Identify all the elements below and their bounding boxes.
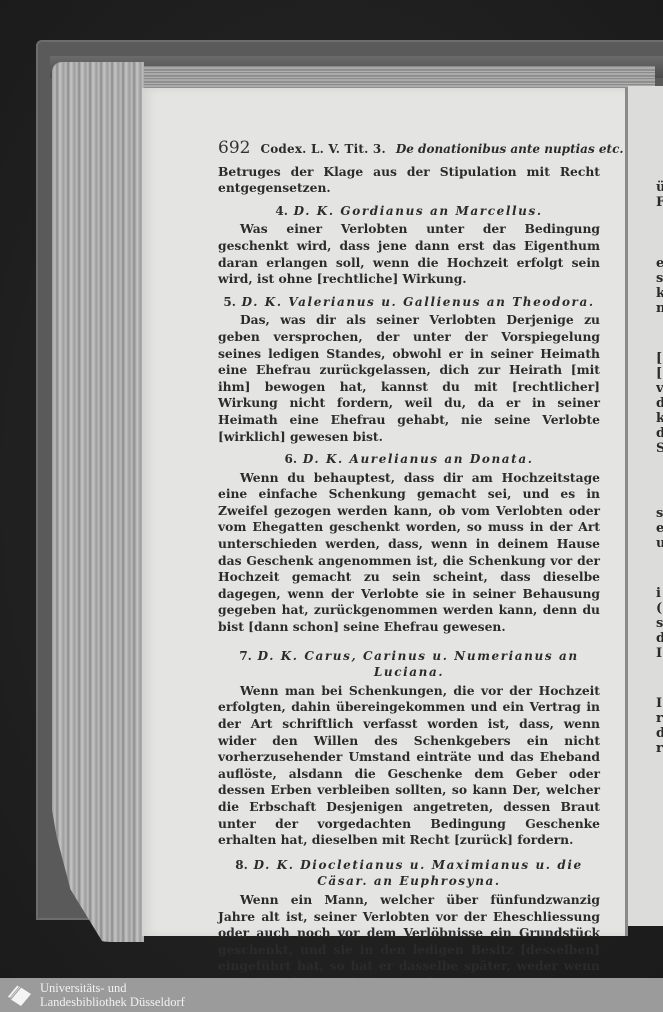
section-title: D. K. Diocletianus u. Maximianus u. die … — [254, 858, 583, 889]
facing-text-fragment: d — [656, 631, 663, 646]
running-head: 692 Codex. L. V. Tit. 3. De donationibus… — [218, 140, 600, 158]
facing-text-fragment: ü — [656, 180, 663, 195]
facing-text-fragment: d — [656, 726, 663, 741]
section-number: 5. — [223, 295, 236, 309]
section-number: 4. — [275, 204, 288, 218]
facing-text-fragment: n — [656, 301, 663, 316]
library-name: Universitäts- und Landesbibliothek Düsse… — [40, 981, 185, 1009]
section-number: 8. — [235, 858, 248, 872]
facing-text-fragment: r — [656, 741, 663, 756]
section-paragraph: Wenn man bei Schenkungen, die vor der Ho… — [218, 683, 600, 849]
section-number: 6. — [285, 452, 298, 466]
page-text-block: 692 Codex. L. V. Tit. 3. De donationibus… — [218, 140, 600, 992]
facing-text-fragment: I — [656, 646, 663, 661]
facing-text-fragment: S — [656, 441, 663, 456]
intro-paragraph: Betruges der Klage aus der Stipulation m… — [218, 164, 600, 197]
section-paragraph: Was einer Verlobten unter der Bedingung … — [218, 221, 600, 287]
section-paragraph: Wenn ein Mann, welcher über fünfundzwanz… — [218, 892, 600, 992]
running-head-title: De donationibus ante nuptias etc. — [396, 141, 624, 158]
section-paragraph: Das, was dir als seiner Verlobten Derjen… — [218, 312, 600, 445]
book-logo-icon — [4, 982, 34, 1008]
facing-text-fragment: F — [656, 195, 663, 210]
facing-text-fragment: s — [656, 506, 663, 521]
section-paragraph: Wenn du behauptest, dass dir am Hochzeit… — [218, 470, 600, 636]
facing-text-fragment: I — [656, 696, 663, 711]
facing-text-fragment: [ — [656, 366, 663, 381]
facing-text-fragment: i — [656, 586, 663, 601]
facing-text-fragment: e — [656, 256, 663, 271]
page-number: 692 — [218, 140, 250, 157]
section-number: 7. — [239, 649, 252, 663]
page-gutter — [625, 88, 628, 936]
codex-reference: Codex. L. V. Tit. 3. — [260, 141, 385, 158]
section-title: D. K. Aurelianus an Donata. — [303, 452, 534, 466]
facing-text-fragment: ( — [656, 601, 663, 616]
section-title: D. K. Gordianus an Marcellus. — [294, 204, 543, 218]
section-title: D. K. Carus, Carinus u. Numerianus an Lu… — [258, 649, 579, 680]
facing-text-fragment: k — [656, 411, 663, 426]
facing-text-fragment: d — [656, 396, 663, 411]
library-name-line-2: Landesbibliothek Düsseldorf — [40, 995, 185, 1009]
facing-text-fragment: e — [656, 521, 663, 536]
section-heading: 7. D. K. Carus, Carinus u. Numerianus an… — [218, 648, 600, 681]
page-edges-left — [52, 62, 144, 942]
section-title: D. K. Valerianus u. Gallienus an Theodor… — [242, 295, 595, 309]
facing-text-fragment: s — [656, 271, 663, 286]
page-edges-top — [55, 66, 655, 90]
section-heading: 5. D. K. Valerianus u. Gallienus an Theo… — [218, 294, 600, 311]
facing-text-fragment: u — [656, 536, 663, 551]
library-name-line-1: Universitäts- und — [40, 981, 185, 995]
section-heading: 6. D. K. Aurelianus an Donata. — [218, 451, 600, 468]
section-heading: 4. D. K. Gordianus an Marcellus. — [218, 203, 600, 220]
facing-text-fragment: [ — [656, 351, 663, 366]
facing-text-fragment: d — [656, 426, 663, 441]
facing-text-fragment: s — [656, 616, 663, 631]
library-footer-bar: Universitäts- und Landesbibliothek Düsse… — [0, 978, 663, 1012]
facing-text-fragment: v — [656, 381, 663, 396]
facing-page: ü F e s k n [ [ v d k d S s e u i ( s d … — [628, 86, 663, 926]
section-heading: 8. D. K. Diocletianus u. Maximianus u. d… — [218, 857, 600, 890]
facing-text-fragment: k — [656, 286, 663, 301]
facing-text-fragment: r — [656, 711, 663, 726]
